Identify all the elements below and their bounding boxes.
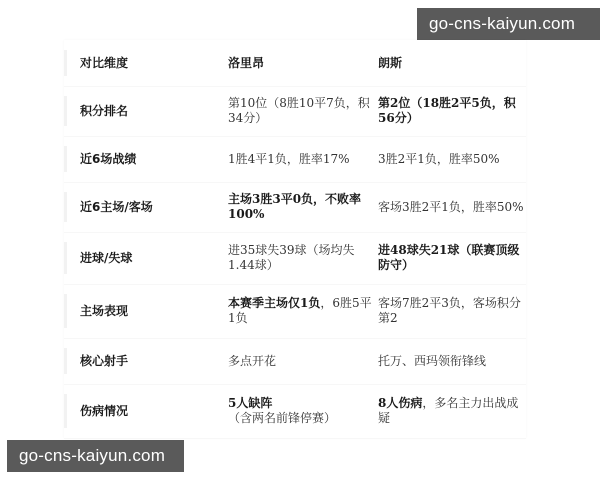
row-label: 核心射手 <box>80 354 228 369</box>
lens-value: 客场3胜2平1负，胜率50% <box>378 200 526 215</box>
table-row-key-scorers: 核心射手 多点开花 托万、西玛领衔锋线 <box>64 338 526 385</box>
table-row-home-away: 近6主场/客场 主场3胜3平0负，不败率100% 客场3胜2平1负，胜率50% <box>64 182 526 233</box>
header-dimension: 对比维度 <box>80 56 228 71</box>
watermark-top: go-cns-kaiyun.com <box>417 8 600 40</box>
lorient-value: 本赛季主场仅1负，6胜5平1负 <box>228 296 376 326</box>
lens-value: 8人伤病，多名主力出战成疑 <box>378 396 526 426</box>
lens-value: 第2位（18胜2平5负，积56分） <box>378 96 526 126</box>
header-lens: 朗斯 <box>378 56 526 71</box>
row-label: 主场表现 <box>80 304 228 319</box>
watermark-bottom: go-cns-kaiyun.com <box>7 440 184 472</box>
table-row-recent-form: 近6场战绩 1胜4平1负，胜率17% 3胜2平1负，胜率50% <box>64 136 526 183</box>
lens-value: 3胜2平1负，胜率50% <box>378 152 526 167</box>
row-label: 近6场战绩 <box>80 152 228 167</box>
lorient-value: 主场3胜3平0负，不败率100% <box>228 192 376 222</box>
lens-value: 进48球失21球（联赛顶级防守） <box>378 243 526 273</box>
lorient-value: 多点开花 <box>228 354 376 369</box>
lorient-value: 5人缺阵（含两名前锋停赛） <box>228 396 376 426</box>
lorient-value: 1胜4平1负，胜率17% <box>228 152 376 167</box>
header-lorient: 洛里昂 <box>228 56 376 71</box>
row-label: 进球/失球 <box>80 251 228 266</box>
table-row-ranking: 积分排名 第10位（8胜10平7负，积34分） 第2位（18胜2平5负，积56分… <box>64 86 526 137</box>
lens-value: 托万、西玛领衔锋线 <box>378 354 526 369</box>
row-label: 积分排名 <box>80 104 228 119</box>
row-label: 近6主场/客场 <box>80 200 228 215</box>
table-header-row: 对比维度 洛里昂 朗斯 <box>64 40 526 87</box>
row-label: 伤病情况 <box>80 404 228 419</box>
lorient-value: 进35球失39球（场均失1.44球） <box>228 243 376 273</box>
lorient-value: 第10位（8胜10平7负，积34分） <box>228 96 376 126</box>
table-row-injuries: 伤病情况 5人缺阵（含两名前锋停赛） 8人伤病，多名主力出战成疑 <box>64 384 526 439</box>
lens-value: 客场7胜2平3负，客场积分第2 <box>378 296 526 326</box>
table-row-home-performance: 主场表现 本赛季主场仅1负，6胜5平1负 客场7胜2平3负，客场积分第2 <box>64 284 526 339</box>
table-row-goals: 进球/失球 进35球失39球（场均失1.44球） 进48球失21球（联赛顶级防守… <box>64 232 526 285</box>
comparison-table: 对比维度 洛里昂 朗斯 积分排名 第10位（8胜10平7负，积34分） 第2位（… <box>64 40 526 438</box>
